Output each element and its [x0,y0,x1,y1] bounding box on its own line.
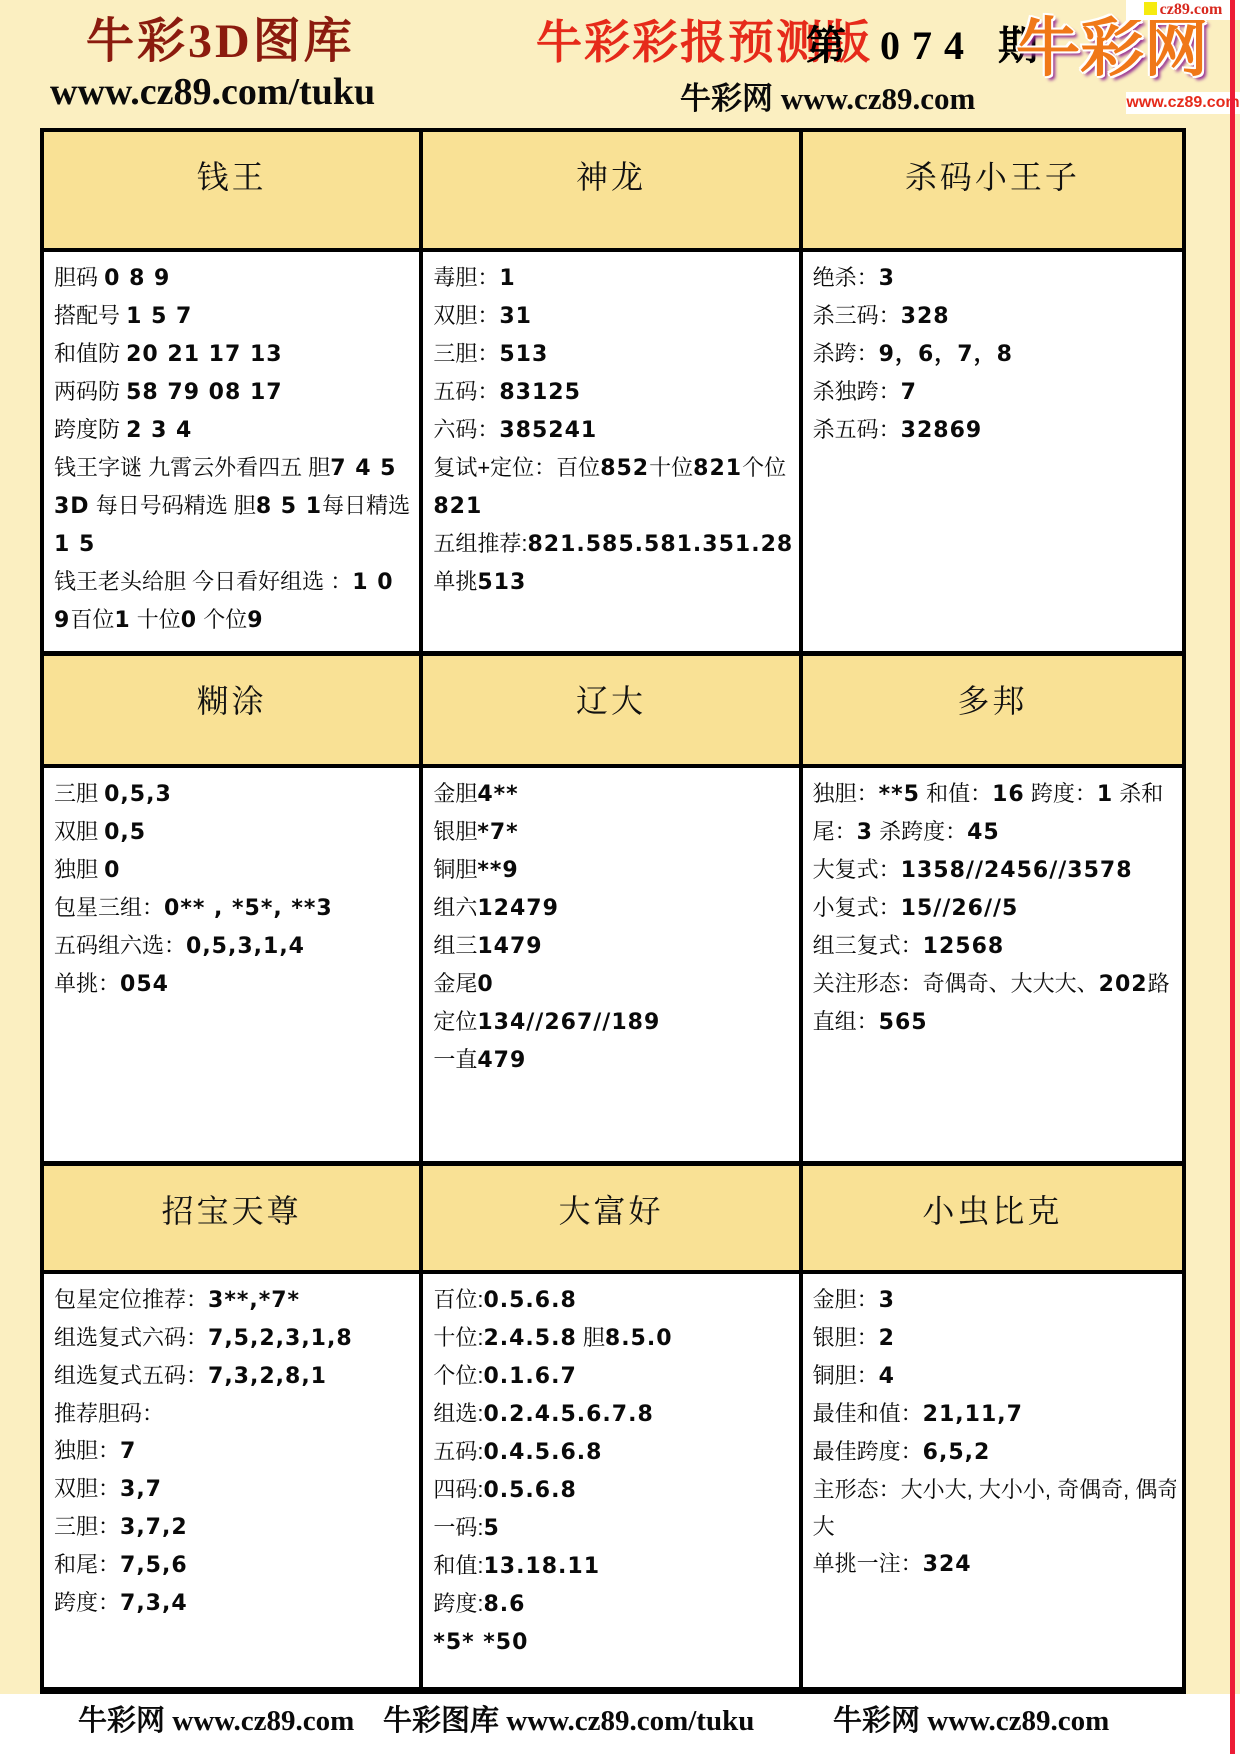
prediction-line: 推荐胆码： [54,1395,413,1432]
prediction-line: 尾：3 杀跨度：45 [813,813,1176,851]
panel-title-duobang: 多邦 [803,656,1182,768]
yellow-square-icon [1144,2,1157,15]
panel-title-liaoda: 辽大 [423,656,802,768]
prediction-line: 跨度：7,3,4 [54,1584,413,1622]
footer: 牛彩网 www.cz89.com牛彩图库 www.cz89.com/tuku牛彩… [0,1694,1240,1754]
prediction-line: 单挑513 [433,563,792,601]
prediction-line: 大复式：1358//2456//3578 [813,851,1176,889]
prediction-line: 单挑：054 [54,965,413,1003]
prediction-line: 一码:5 [433,1509,792,1547]
prediction-grid: 钱王胆码 0 8 9搭配号 1 5 7和值防 20 21 17 13两码防 58… [40,128,1186,1694]
panel-content-hutu: 三胆 0,5,3双胆 0,5独胆 0包星三组：0** , *5*, **3五码组… [44,768,423,1166]
prediction-line: 银胆：2 [813,1319,1176,1357]
prediction-line: 1 5 [54,525,413,563]
prediction-line: 五码：83125 [433,373,792,411]
tuku-url: www.cz89.com/tuku [50,72,375,114]
panel-title-shama-xiaowangzi: 杀码小王子 [803,132,1182,252]
prediction-line: 银胆*7* [433,813,792,851]
prediction-line: 跨度防 2 3 4 [54,411,413,449]
corner-badge: cz89.com [1126,0,1240,20]
prediction-line: 组三1479 [433,927,792,965]
prediction-line: 独胆：**5 和值：16 跨度：1 杀和 [813,775,1176,813]
prediction-line: 最佳和值：21,11,7 [813,1395,1176,1433]
prediction-line: 五码组六选：0,5,3,1,4 [54,927,413,965]
panel-content-shenlong: 毒胆：1双胆：31三胆：513五码：83125六码：385241复试+定位：百位… [423,252,802,656]
prediction-line: 杀跨：9，6，7，8 [813,335,1176,373]
prediction-line: 三胆 0,5,3 [54,775,413,813]
prediction-line: 小复式：15//26//5 [813,889,1176,927]
panel-title-hutu: 糊涂 [44,656,423,768]
prediction-line: 组三复式：12568 [813,927,1176,965]
panel-title-qianwang: 钱王 [44,132,423,252]
prediction-line: 三胆：513 [433,335,792,373]
right-red-stripe [1230,0,1235,1754]
prediction-line: 包星定位推荐：3**,*7* [54,1281,413,1319]
corner-badge-text: cz89.com [1160,1,1223,18]
prediction-line: 毒胆：1 [433,259,792,297]
prediction-line: 组选复式五码：7,3,2,8,1 [54,1357,413,1395]
prediction-line: 和值防 20 21 17 13 [54,335,413,373]
page: { "colors": { "page_bg": "#FBEFC1", "pan… [0,0,1240,1754]
panel-content-qianwang: 胆码 0 8 9搭配号 1 5 7和值防 20 21 17 13两码防 58 7… [44,252,423,656]
panel-content-shama-xiaowangzi: 绝杀：3杀三码：328杀跨：9，6，7，8杀独跨：7杀五码：32869 [803,252,1182,656]
prediction-line: 和尾：7,5,6 [54,1546,413,1584]
panel-content-dafuhao: 百位:0.5.6.8十位:2.4.5.8 胆8.5.0个位:0.1.6.7组选:… [423,1274,802,1687]
site-url: 牛彩网 www.cz89.com [680,82,975,116]
prediction-line: 杀独跨：7 [813,373,1176,411]
prediction-line: 胆码 0 8 9 [54,259,413,297]
prediction-line: 双胆 0,5 [54,813,413,851]
prediction-line: 绝杀：3 [813,259,1176,297]
prediction-line: 五码:0.4.5.6.8 [433,1433,792,1471]
prediction-line: 三胆：3,7,2 [54,1508,413,1546]
prediction-line: 个位:0.1.6.7 [433,1357,792,1395]
masthead: 牛彩3D图库 牛彩彩报预测版 第 074 期 www.cz89.com/tuku… [0,0,1240,128]
prediction-line: 定位134//267//189 [433,1003,792,1041]
panel-title-zhaobao-tianzun: 招宝天尊 [44,1166,423,1274]
footer-item-1: 牛彩图库 www.cz89.com/tuku [383,1704,754,1739]
panel-content-xiaochong-bike: 金胆：3银胆：2铜胆：4最佳和值：21,11,7最佳跨度：6,5,2主形态：大小… [803,1274,1182,1687]
prediction-line: 四码:0.5.6.8 [433,1471,792,1509]
panel-title-shenlong: 神龙 [423,132,802,252]
footer-item-2: 牛彩网 www.cz89.com [833,1704,1109,1739]
prediction-line: 9百位1 十位0 个位9 [54,601,413,639]
prediction-line: 最佳跨度：6,5,2 [813,1433,1176,1471]
prediction-line: 十位:2.4.5.8 胆8.5.0 [433,1319,792,1357]
prediction-line: 组六12479 [433,889,792,927]
prediction-line: 复试+定位：百位852十位821个位 [433,449,792,487]
page-title: 牛彩3D图库 [86,16,355,69]
brand-logo: 牛彩网 [1016,12,1196,96]
prediction-line: 单挑一注：324 [813,1545,1176,1583]
panel-title-dafuhao: 大富好 [423,1166,802,1274]
prediction-line: 六码：385241 [433,411,792,449]
prediction-line: 铜胆**9 [433,851,792,889]
prediction-line: 3D 每日号码精选 胆8 5 1每日精选 [54,487,413,525]
prediction-line: 独胆 0 [54,851,413,889]
panel-content-liaoda: 金胆4**银胆*7*铜胆**9组六12479组三1479金尾0定位134//26… [423,768,802,1166]
panel-content-duobang: 独胆：**5 和值：16 跨度：1 杀和尾：3 杀跨度：45大复式：1358//… [803,768,1182,1166]
prediction-line: 组选:0.2.4.5.6.7.8 [433,1395,792,1433]
prediction-line: 钱王字谜 九霄云外看四五 胆7 4 5 [54,449,413,487]
prediction-line: 双胆：31 [433,297,792,335]
prediction-line: 杀五码：32869 [813,411,1176,449]
prediction-line: 独胆：7 [54,1432,413,1470]
prediction-line: 一直479 [433,1041,792,1079]
prediction-line: 双胆：3,7 [54,1470,413,1508]
prediction-line: 跨度:8.6 [433,1585,792,1623]
prediction-line: 主形态：大小大, 大小小, 奇偶奇, 偶奇 [813,1471,1176,1508]
prediction-line: 关注形态：奇偶奇、大大大、202路 [813,965,1176,1003]
prediction-line: 杀三码：328 [813,297,1176,335]
prediction-line: 百位:0.5.6.8 [433,1281,792,1319]
prediction-line: 821 [433,487,792,525]
prediction-line: 大 [813,1508,1176,1545]
prediction-line: 金尾0 [433,965,792,1003]
issue-number: 第 074 期 [806,24,1050,68]
panel-content-zhaobao-tianzun: 包星定位推荐：3**,*7*组选复式六码：7,5,2,3,1,8组选复式五码：7… [44,1274,423,1687]
prediction-line: *5* *50 [433,1623,792,1661]
prediction-line: 钱王老头给胆 今日看好组选 ：1 0 [54,563,413,601]
prediction-line: 金胆：3 [813,1281,1176,1319]
prediction-line: 五组推荐:821.585.581.351.281. [433,525,792,563]
prediction-line: 直组：565 [813,1003,1176,1041]
prediction-line: 包星三组：0** , *5*, **3 [54,889,413,927]
prediction-line: 金胆4** [433,775,792,813]
logo-brand-text: 牛彩网 [1016,13,1208,84]
panel-title-xiaochong-bike: 小虫比克 [803,1166,1182,1274]
footer-item-0: 牛彩网 www.cz89.com [78,1704,354,1739]
logo-url-strip: www.cz89.com [1126,92,1240,114]
prediction-line: 两码防 58 79 08 17 [54,373,413,411]
prediction-line: 和值:13.18.11 [433,1547,792,1585]
prediction-line: 组选复式六码：7,5,2,3,1,8 [54,1319,413,1357]
prediction-line: 铜胆：4 [813,1357,1176,1395]
prediction-line: 搭配号 1 5 7 [54,297,413,335]
